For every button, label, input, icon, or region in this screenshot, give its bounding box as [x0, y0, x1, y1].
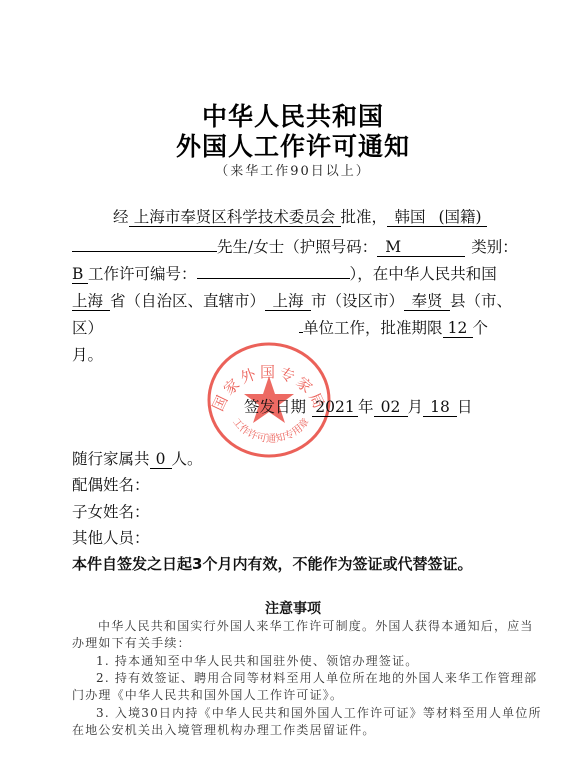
passport-number: M	[377, 238, 465, 257]
duration-unit: 个	[473, 319, 489, 337]
dependents-suffix: 人。	[172, 450, 203, 468]
issue-date-line: 签发日期2021年02月18日	[244, 396, 473, 418]
children-label: 子女姓名：	[72, 501, 150, 523]
issue-year: 2021	[312, 398, 358, 417]
location-line: 上海省（自治区、直辖市）上海市（设区市）奉贤县（市、	[72, 290, 512, 312]
city: 上海	[265, 292, 311, 311]
approval-line: 经上海市奉贤区科学技术委员会批准，韩国(国籍)	[113, 206, 487, 228]
in-prc-label: ），在中华人民共和国	[350, 265, 497, 283]
svg-text:工作许可通知专用章: 工作许可通知专用章	[230, 415, 312, 444]
month-unit: 月	[408, 398, 424, 416]
category-value: B	[72, 265, 88, 284]
province: 上海	[72, 292, 110, 311]
day-unit: 日	[457, 398, 473, 416]
province-label: 省（自治区、直辖市）	[110, 292, 265, 310]
approving-authority: 上海市奉贤区科学技术委员会	[129, 208, 341, 227]
nationality: 韩国	[387, 208, 433, 227]
year-unit: 年	[358, 398, 374, 416]
dependents-line: 随行家属共0人。	[72, 448, 203, 470]
work-label: 单位工作，批准期限	[303, 319, 443, 337]
validity-notice: 本件自签发之日起3个月内有效，不能作为签证或代替签证。	[72, 553, 472, 574]
notes-intro-2: 办理如下有关手续：	[72, 633, 191, 653]
issue-day: 18	[423, 398, 457, 417]
others-label: 其他人员：	[72, 527, 150, 549]
dependents-count: 0	[150, 450, 172, 469]
issue-month: 02	[374, 398, 408, 417]
category-label: 类别：	[471, 238, 518, 256]
issue-date-label: 签发日期	[244, 398, 306, 416]
holder-name	[72, 251, 217, 252]
county: 奉贤	[404, 292, 450, 311]
name-passport-line: 先生/女士（护照号码：M类别：	[72, 236, 518, 258]
subtitle: （来华工作90日以上）	[0, 160, 586, 179]
month-end: 月。	[72, 344, 103, 366]
nationality-label: (国籍)	[433, 208, 487, 227]
permit-no-label: 工作许可编号：	[88, 265, 197, 283]
notes-title: 注意事项	[0, 598, 586, 618]
district-label: 区）	[72, 319, 103, 337]
duration: 12	[443, 319, 473, 338]
city-label: 市（设区市）	[311, 292, 404, 310]
permit-number	[197, 278, 350, 279]
county-label: 县（市、	[450, 292, 512, 310]
prefix: 经	[113, 208, 129, 226]
title-label: 先生/女士（护照号码：	[217, 238, 377, 256]
notes-item-3-line-2: 在地公安机关出入境管理机构办理工作类居留证件。	[72, 720, 376, 740]
approved-label: 批准，	[341, 208, 388, 226]
title-line-2: 外国人工作许可通知	[0, 127, 586, 163]
spouse-label: 配偶姓名：	[72, 474, 150, 496]
employer-line: 区）单位工作，批准期限12个	[72, 317, 488, 339]
permit-line: B工作许可编号：），在中华人民共和国	[72, 263, 497, 285]
dependents-prefix: 随行家属共	[72, 450, 150, 468]
notes-item-2-line-2: 门办理《中华人民共和国外国人工作许可证》。	[72, 685, 343, 705]
